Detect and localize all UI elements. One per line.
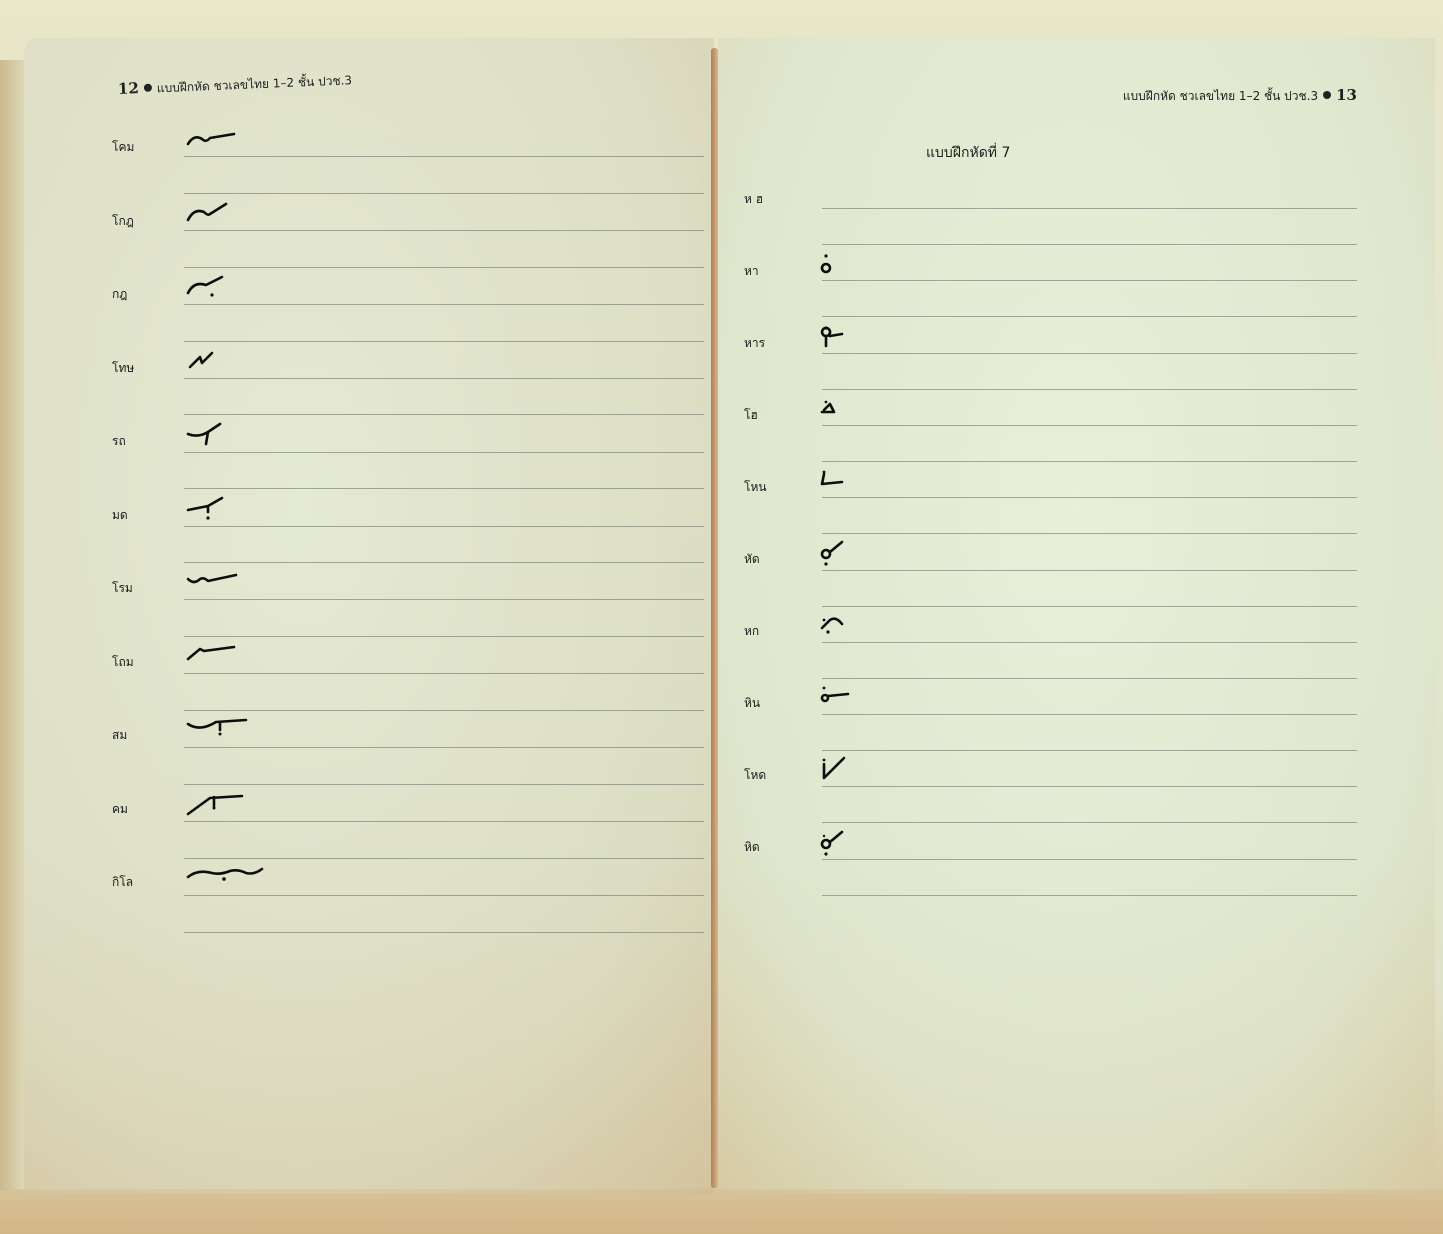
writing-line <box>184 156 704 157</box>
shorthand-rot-icon <box>186 424 276 458</box>
practice-line <box>184 267 704 268</box>
practice-line <box>184 784 704 785</box>
writing-line <box>822 208 1357 209</box>
shorthand-kilo-icon <box>186 865 276 899</box>
running-head-text: แบบฝึกหัด ชวเลขไทย 1–2 ชั้น ปวช.3 <box>1123 89 1318 103</box>
writing-line <box>822 714 1357 715</box>
shorthand-ho-icon <box>818 398 908 432</box>
page-number: 12 <box>118 79 140 98</box>
writing-line <box>184 895 704 896</box>
shorthand-ha-icon <box>818 254 908 288</box>
shorthand-komb-icon <box>186 130 276 164</box>
entry-word: คม <box>112 800 128 819</box>
writing-line <box>184 452 704 453</box>
writing-line <box>822 425 1357 426</box>
running-head-left: 12แบบฝึกหัด ชวเลขไทย 1–2 ชั้น ปวช.3 <box>118 70 353 100</box>
writing-line <box>184 378 704 379</box>
shorthand-thot-icon <box>186 351 276 385</box>
entry-word: โหน <box>744 478 767 497</box>
practice-line <box>184 710 704 711</box>
shorthand-han-icon <box>818 326 908 360</box>
entry-word: หก <box>744 622 759 641</box>
practice-line <box>822 533 1357 534</box>
writing-line <box>184 747 704 748</box>
running-head-text: แบบฝึกหัด ชวเลขไทย 1–2 ชั้น ปวช.3 <box>157 73 353 95</box>
bottom-shadow <box>0 1189 1443 1234</box>
practice-line <box>822 461 1357 462</box>
entry-word: โฮ <box>744 406 758 425</box>
writing-line <box>822 497 1357 498</box>
open-book: 12แบบฝึกหัด ชวเลขไทย 1–2 ชั้น ปวช.3 โคมโ… <box>0 0 1443 1234</box>
entry-word: รถ <box>112 432 126 451</box>
practice-line <box>822 316 1357 317</box>
practice-line <box>822 822 1357 823</box>
writing-line <box>822 353 1357 354</box>
page-number: 13 <box>1336 86 1357 104</box>
practice-line <box>184 636 704 637</box>
entry-word: หิด <box>744 838 760 857</box>
shorthand-hok-icon <box>818 614 908 648</box>
entry-word: โกฎ <box>112 212 134 231</box>
practice-line <box>184 488 704 489</box>
right-page: แบบฝึกหัด ชวเลขไทย 1–2 ชั้น ปวช.313 แบบฝ… <box>718 38 1435 1194</box>
writing-line <box>184 821 704 822</box>
entry-word: หิน <box>744 694 760 713</box>
shorthand-hon-icon <box>818 470 908 504</box>
shorthand-kot-short-icon <box>186 277 276 311</box>
practice-line <box>822 389 1357 390</box>
practice-line <box>822 750 1357 751</box>
practice-line <box>822 895 1357 896</box>
running-head-right: แบบฝึกหัด ชวเลขไทย 1–2 ชั้น ปวช.313 <box>1123 86 1357 106</box>
exercise-title: แบบฝึกหัดที่ 7 <box>926 142 1010 164</box>
practice-line <box>184 562 704 563</box>
writing-line <box>184 673 704 674</box>
entry-word: มด <box>112 506 128 525</box>
writing-line <box>822 570 1357 571</box>
entry-word: โถม <box>112 653 134 672</box>
writing-line <box>822 280 1357 281</box>
entry-word: โคม <box>112 138 134 157</box>
entry-word: หัด <box>744 550 760 569</box>
entry-word: โรม <box>112 579 133 598</box>
bullet-icon <box>144 84 152 92</box>
practice-line <box>184 414 704 415</box>
entry-word: โทษ <box>112 359 134 378</box>
left-page: 12แบบฝึกหัด ชวเลขไทย 1–2 ชั้น ปวช.3 โคมโ… <box>24 38 714 1194</box>
practice-line <box>184 341 704 342</box>
practice-line <box>184 193 704 194</box>
entry-word: หา <box>744 262 759 281</box>
writing-line <box>184 304 704 305</box>
writing-line <box>184 230 704 231</box>
writing-line <box>822 859 1357 860</box>
shorthand-hat-icon <box>818 542 908 576</box>
writing-line <box>822 642 1357 643</box>
writing-line <box>184 526 704 527</box>
shorthand-kot-icon <box>186 204 276 238</box>
practice-line <box>822 244 1357 245</box>
practice-line <box>184 932 704 933</box>
practice-line <box>822 678 1357 679</box>
practice-line <box>184 858 704 859</box>
writing-line <box>184 599 704 600</box>
entry-word: ห ฮ <box>744 190 763 209</box>
entry-word: กฎ <box>112 285 127 304</box>
bullet-icon <box>1323 91 1331 99</box>
entry-word: หาร <box>744 334 765 353</box>
entry-word: สม <box>112 726 127 745</box>
book-spine <box>711 48 718 1188</box>
entry-word: โหด <box>744 766 766 785</box>
writing-line <box>822 786 1357 787</box>
practice-line <box>822 606 1357 607</box>
entry-word: กิโล <box>112 873 133 892</box>
